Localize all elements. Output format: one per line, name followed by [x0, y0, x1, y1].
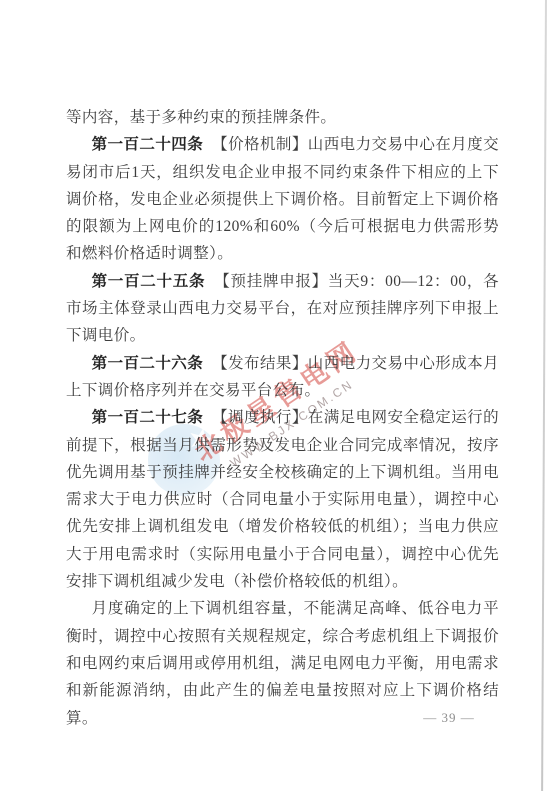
paragraph-text: 等内容，基于多种约束的预挂牌条件。	[66, 109, 336, 126]
article-number: 第一百二十六条	[92, 355, 204, 372]
document-body: 等内容，基于多种约束的预挂牌条件。 第一百二十四条【价格机制】山西电力交易中心在…	[66, 104, 499, 732]
article-number: 第一百二十七条	[92, 409, 204, 426]
page-number: — 39 —	[408, 710, 490, 726]
scan-edge-line	[541, 0, 547, 791]
paragraph-article-124: 第一百二十四条【价格机制】山西电力交易中心在月度交易闭市后1天，组织发电企业申报…	[66, 131, 499, 267]
paragraph-text: 月度确定的上下调机组容量，不能满足高峰、低谷电力平衡时，调控中心按照有关规程规定…	[66, 600, 499, 726]
document-page: ★ 北极星售电网 WWW.BJX.COM.CN 等内容，基于多种约束的预挂牌条件…	[0, 0, 560, 791]
paragraph-article-127: 第一百二十七条【调度执行】在满足电网安全稳定运行的前提下，根据当月供需形势及发电…	[66, 404, 499, 595]
paragraph-article-126: 第一百二十六条【发布结果】山西电力交易中心形成本月上下调价格序列并在交易平台公布…	[66, 350, 499, 405]
paragraph-article-125: 第一百二十五条【预挂牌申报】当天9：00—12：00，各市场主体登录山西电力交易…	[66, 268, 499, 350]
article-number: 第一百二十四条	[92, 136, 204, 153]
paragraph-continuation: 等内容，基于多种约束的预挂牌条件。	[66, 104, 499, 131]
paragraph-text: 【价格机制】山西电力交易中心在月度交易闭市后1天，组织发电企业申报不同约束条件下…	[66, 136, 499, 262]
article-number: 第一百二十五条	[92, 273, 206, 290]
paragraph-text: 【调度执行】在满足电网安全稳定运行的前提下，根据当月供需形势及发电企业合同完成率…	[66, 409, 499, 590]
